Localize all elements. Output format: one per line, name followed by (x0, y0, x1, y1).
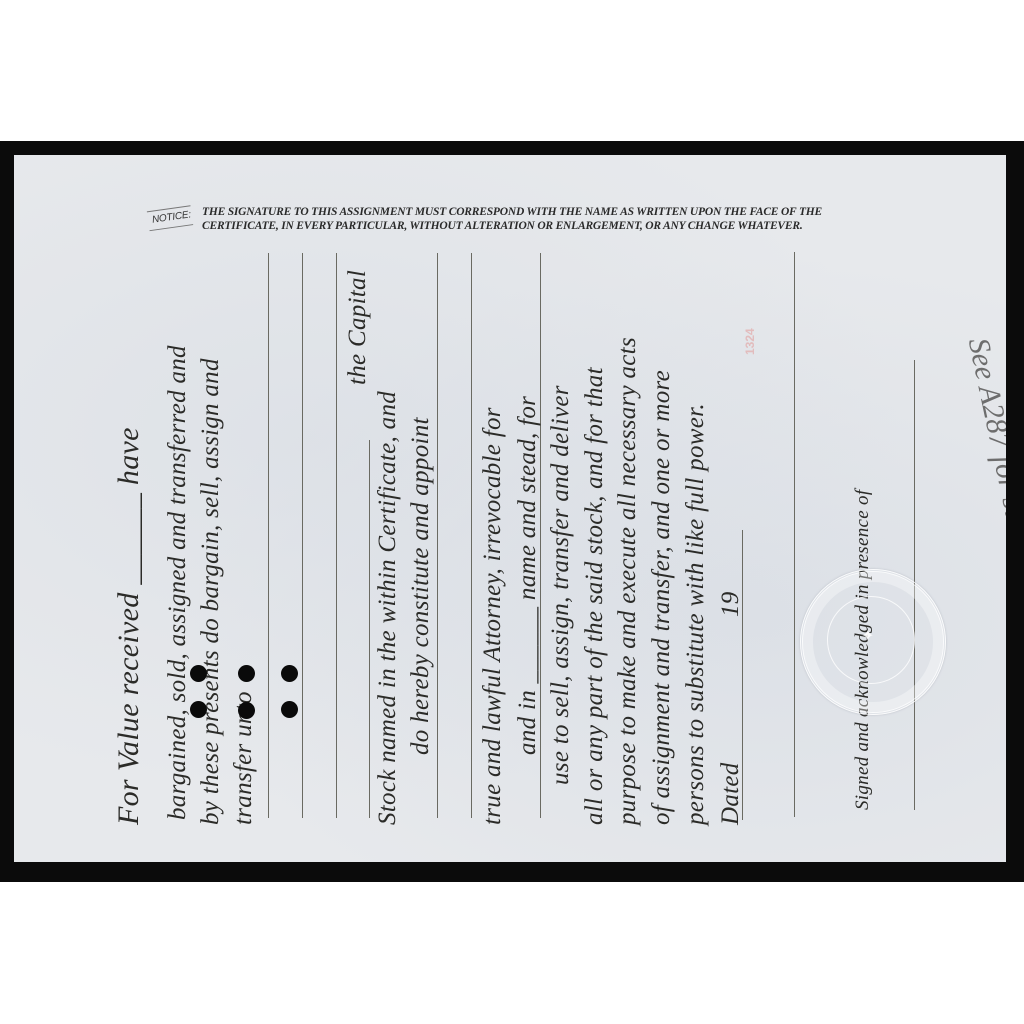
faint-serial-number: 1324 (743, 328, 757, 355)
notice-text: The signature to this assignment must co… (156, 205, 876, 233)
embossed-seal: ✦ (800, 569, 946, 715)
assignment-line-6: Stock named in the within Certificate, a… (374, 391, 402, 825)
notice-block: Notice: The signature to this assignment… (156, 205, 876, 233)
punch-hole (190, 701, 207, 718)
assignment-line-3: by these presents do bargain, sell, assi… (197, 358, 225, 825)
punch-hole (238, 702, 255, 719)
ruled-line (437, 253, 438, 818)
punch-hole (281, 701, 298, 718)
assignment-line-9: and in ______ name and stead, for (514, 396, 542, 755)
dated-year-prefix: 19 (717, 591, 745, 617)
ruled-line (471, 253, 472, 818)
assignment-line-2: bargained, sold, assigned and transferre… (164, 345, 192, 820)
ruled-line (302, 253, 303, 818)
assignment-line-7: do hereby constitute and appoint (407, 417, 435, 755)
ruled-line (336, 253, 337, 818)
assignment-line-8: true and lawful Attorney, irrevocable fo… (479, 407, 507, 825)
punch-hole (190, 665, 207, 682)
certificate-paper: Notice: The signature to this assignment… (14, 155, 1006, 862)
ruled-line (794, 252, 795, 817)
dated-label: Dated (717, 762, 745, 825)
punch-hole (238, 665, 255, 682)
pencil-note: See A287 for stamps (961, 335, 1006, 582)
punch-hole (281, 665, 298, 682)
assignment-line-13: of assignment and transfer, and one or m… (648, 370, 676, 825)
seal-star-icon: ✦ (861, 626, 874, 646)
assignment-line-11: all or any part of the said stock, and f… (581, 367, 609, 825)
ruled-line (369, 440, 370, 818)
assignment-line-5: the Capital (344, 270, 372, 385)
assignment-line-1: For Value received ______ have (112, 427, 146, 825)
assignment-line-10: use to sell, assign, transfer and delive… (547, 385, 575, 785)
ruled-line (268, 253, 269, 818)
assignment-line-12: purpose to make and execute all necessar… (614, 337, 642, 825)
assignment-line-14: persons to substitute with like full pow… (682, 403, 710, 825)
